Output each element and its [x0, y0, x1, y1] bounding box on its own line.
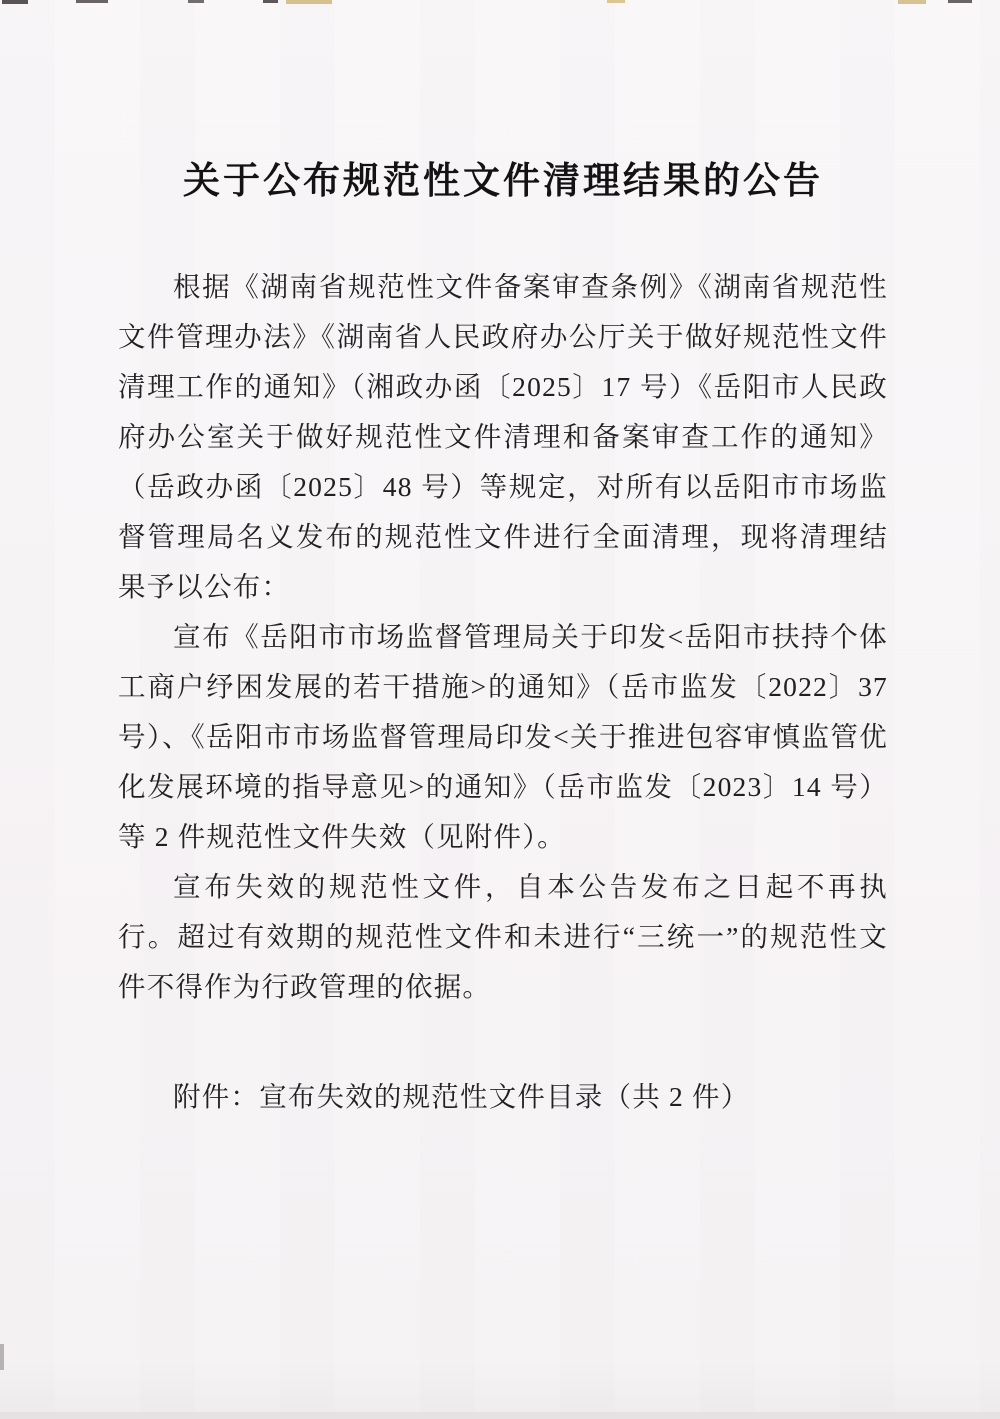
- scan-artifact: [0, 1344, 4, 1370]
- scan-artifact: [263, 0, 278, 3]
- scan-artifact: [188, 0, 204, 3]
- paragraph-effect-statement: 宣布失效的规范性文件，自本公告发布之日起不再执行。超过有效期的规范性文件和未进行…: [118, 862, 888, 1012]
- scan-artifact: [286, 0, 332, 4]
- scan-artifact: [2, 0, 28, 4]
- paragraph-invalidated-documents: 宣布《岳阳市市场监督管理局关于印发<岳阳市扶持个体工商户纾困发展的若干措施>的通…: [118, 612, 888, 862]
- scan-artifact: [607, 0, 625, 3]
- document-title: 关于公布规范性文件清理结果的公告: [118, 158, 888, 206]
- paragraph-basis: 根据《湖南省规范性文件备案审查条例》《湖南省规范性文件管理办法》《湖南省人民政府…: [118, 262, 888, 612]
- scanned-document-page: 关于公布规范性文件清理结果的公告 根据《湖南省规范性文件备案审查条例》《湖南省规…: [0, 0, 1000, 1419]
- scan-artifact: [898, 0, 926, 4]
- scan-artifact: [76, 0, 108, 3]
- attachment-line: 附件：宣布失效的规范性文件目录（共 2 件）: [118, 1072, 888, 1122]
- scan-artifact: [948, 0, 972, 3]
- scan-bottom-edge: [0, 1412, 1000, 1419]
